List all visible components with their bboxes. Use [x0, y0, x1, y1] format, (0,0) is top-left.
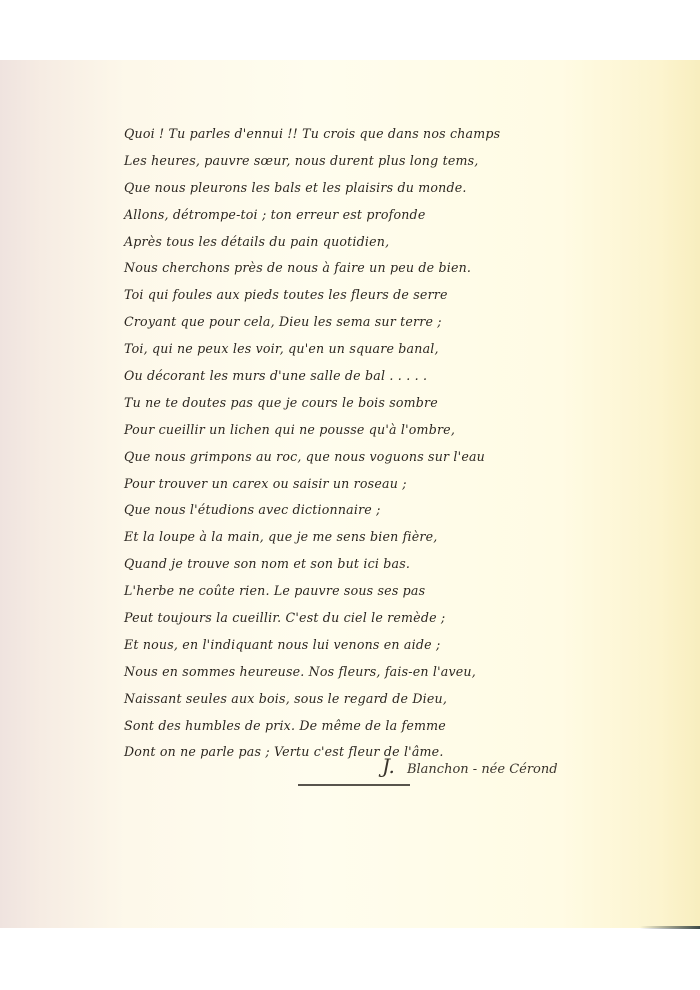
poem-line: Et la loupe à la main, que je me sens bi… — [124, 525, 589, 552]
closing-rule-divider — [298, 784, 410, 786]
signature-name: Blanchon - née Cérond — [407, 762, 558, 777]
poem-line: L'herbe ne coûte rien. Le pauvre sous se… — [124, 579, 589, 606]
poem-line: Pour cueillir un lichen qui ne pousse qu… — [124, 418, 589, 445]
poem-line: Naissant seules aux bois, sous le regard… — [124, 687, 589, 714]
poem-line: Les heures, pauvre sœur, nous durent plu… — [124, 149, 589, 176]
poem-line: Nous en sommes heureuse. Nos fleurs, fai… — [124, 660, 589, 687]
poem-line: Que nous pleurons les bals et les plaisi… — [124, 176, 589, 203]
poem-line: Tu ne te doutes pas que je cours le bois… — [124, 391, 589, 418]
poem-line: Sont des humbles de prix. De même de la … — [124, 714, 589, 741]
poem-line: Quoi ! Tu parles d'ennui !! Tu crois que… — [124, 122, 589, 149]
poem-line: Peut toujours la cueillir. C'est du ciel… — [124, 606, 589, 633]
poem-line: Toi qui foules aux pieds toutes les fleu… — [124, 283, 589, 310]
poem-line: Ou décorant les murs d'une salle de bal … — [124, 364, 589, 391]
poem-line: Toi, qui ne peux les voir, qu'en un squa… — [124, 337, 589, 364]
poem-line: Et nous, en l'indiquant nous lui venons … — [124, 633, 589, 660]
poem-line: Que nous l'étudions avec dictionnaire ; — [124, 498, 589, 525]
page-edge-shadow — [640, 926, 700, 929]
poem-line: Après tous les détails du pain quotidien… — [124, 230, 589, 257]
signature-initial: J. — [382, 754, 395, 778]
poem-body: Quoi ! Tu parles d'ennui !! Tu crois que… — [124, 122, 604, 767]
poem-line: Pour trouver un carex ou saisir un rosea… — [124, 472, 589, 499]
poem-line: Allons, détrompe-toi ; ton erreur est pr… — [124, 203, 589, 230]
signature: J. Blanchon - née Cérond — [382, 754, 558, 778]
poem-line: Croyant que pour cela, Dieu les sema sur… — [124, 310, 589, 337]
poem-line: Que nous grimpons au roc, que nous voguo… — [124, 445, 589, 472]
poem-line: Quand je trouve son nom et son but ici b… — [124, 552, 589, 579]
poem-line: Nous cherchons près de nous à faire un p… — [124, 256, 589, 283]
